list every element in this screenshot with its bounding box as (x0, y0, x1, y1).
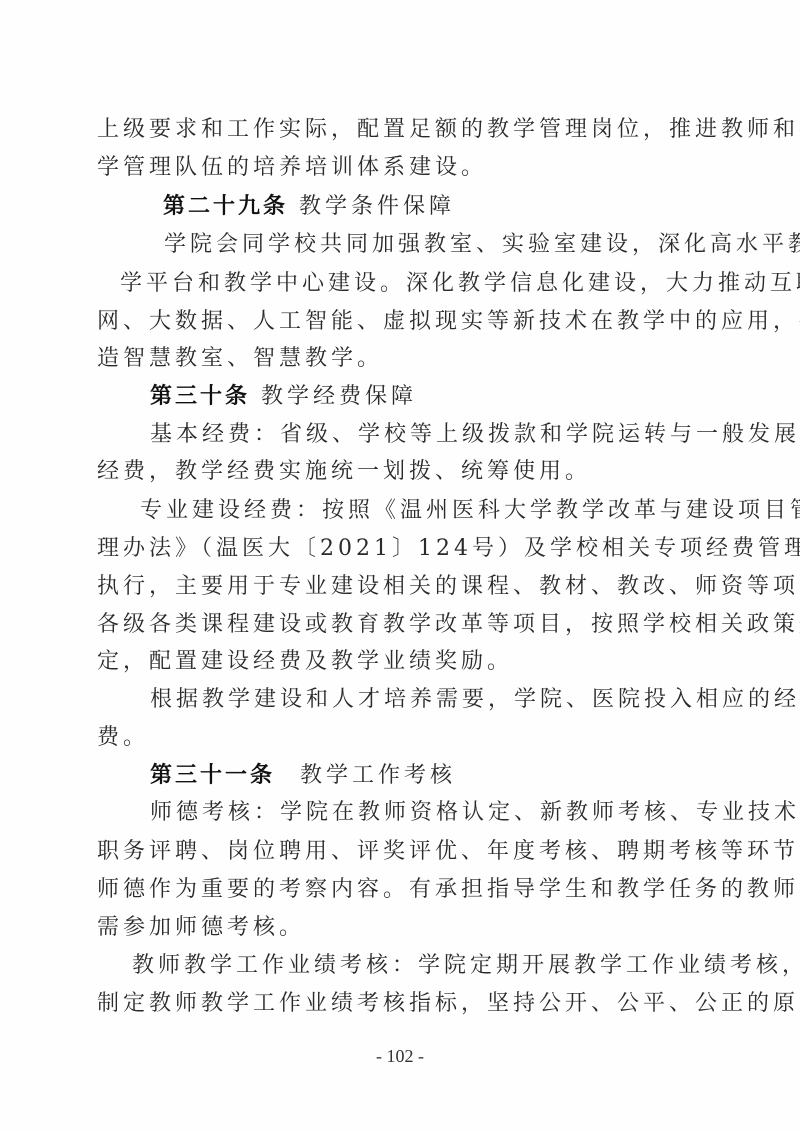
article-title: 教学经费保障 (261, 384, 417, 409)
article-number: 第三十一条 (150, 763, 275, 788)
body-line: 造智慧教室、智慧教学。 (97, 346, 383, 372)
body-line: 执行，主要用于专业建设相关的课程、教材、教改、师资等项目。 (97, 574, 800, 600)
body-line: 费。 (97, 725, 149, 751)
body-line: 根据教学建设和人才培养需要，学院、医院投入相应的经 (150, 687, 800, 713)
body-line: 网、大数据、人工智能、虚拟现实等新技术在教学中的应用，打 (97, 309, 800, 335)
body-line: 上级要求和工作实际，配置足额的教学管理岗位，推进教师和教 (97, 117, 800, 143)
article-title: 教学条件保障 (299, 194, 455, 219)
article-heading-30: 第三十条 教学经费保障 (150, 384, 417, 410)
body-line: 各级各类课程建设或教育教学改革等项目，按照学校相关政策规 (97, 612, 800, 638)
article-heading-31: 第三十一条 教学工作考核 (150, 763, 456, 789)
body-line: 师德考核：学院在教师资格认定、新教师考核、专业技术 (150, 800, 800, 826)
body-line: 职务评聘、岗位聘用、评奖评优、年度考核、聘期考核等环节将 (97, 839, 800, 865)
body-line: 需参加师德考核。 (97, 915, 305, 941)
document-page: 上级要求和工作实际，配置足额的教学管理岗位，推进教师和教 学管理队伍的培养培训体… (0, 0, 800, 1131)
page-number: - 102 - (0, 1046, 800, 1067)
body-line: 师德作为重要的考察内容。有承担指导学生和教学任务的教师均 (97, 877, 800, 903)
body-line: 制定教师教学工作业绩考核指标，坚持公开、公平、公正的原则， (97, 991, 800, 1017)
body-line: 学管理队伍的培养培训体系建设。 (97, 155, 487, 181)
article-number: 第三十条 (150, 384, 250, 409)
body-line: 学平台和教学中心建设。深化教学信息化建设，大力推动互联 (120, 271, 800, 297)
body-line: 定，配置建设经费及教学业绩奖励。 (97, 649, 513, 675)
body-line: 基本经费：省级、学校等上级拨款和学院运转与一般发展 (150, 422, 800, 448)
body-line: 教师教学工作业绩考核：学院定期开展教学工作业绩考核， (132, 953, 800, 979)
body-line: 专业建设经费：按照《温州医科大学教学改革与建设项目管 (140, 498, 800, 524)
article-number: 第二十九条 (163, 194, 288, 219)
article-title: 教学工作考核 (300, 763, 456, 788)
body-line: 学院会同学校共同加强教室、实验室建设，深化高水平教、 (164, 232, 800, 258)
article-heading-29: 第二十九条 教学条件保障 (163, 194, 455, 220)
body-line: 理办法》（温医大〔2021〕124号）及学校相关专项经费管理办法 (97, 536, 800, 562)
body-line: 经费，教学经费实施统一划拨、统筹使用。 (97, 459, 591, 485)
